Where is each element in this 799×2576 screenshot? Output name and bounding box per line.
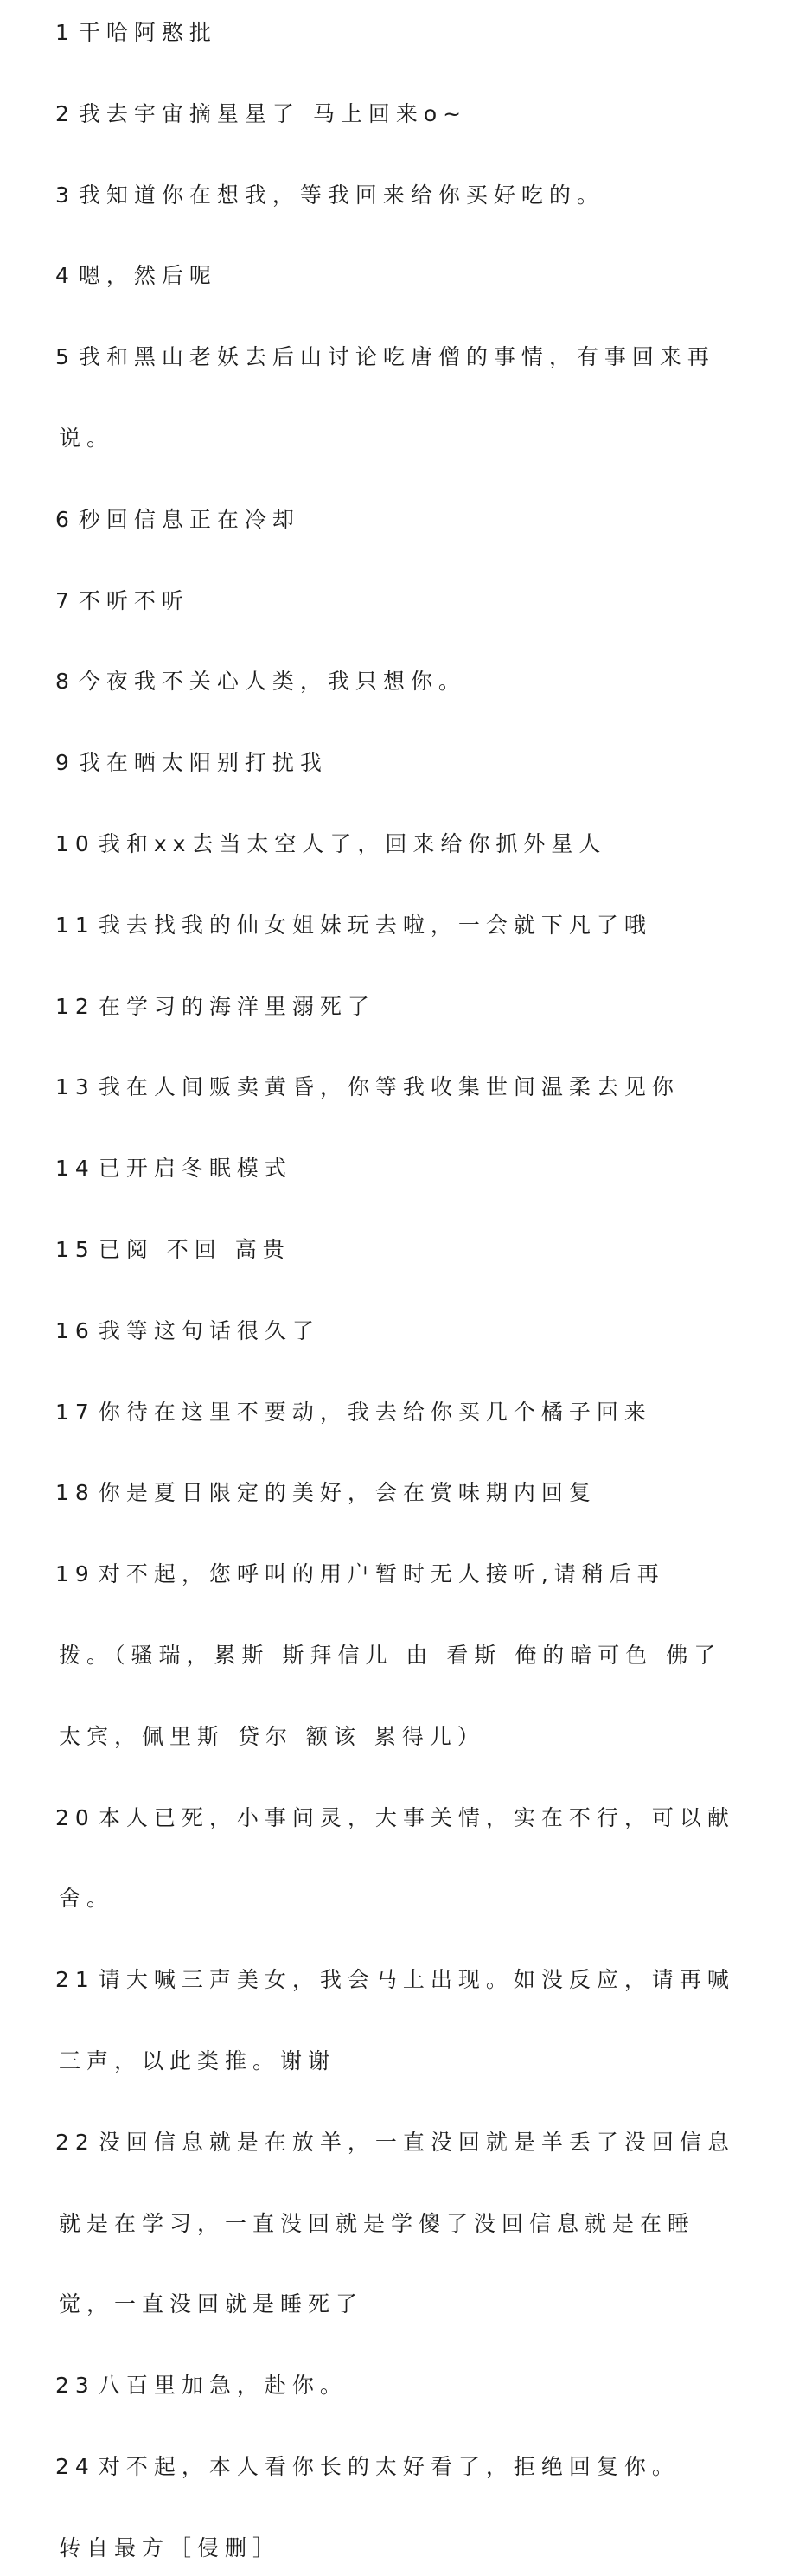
item-text: 嗯，然后呢	[79, 263, 217, 288]
item-text: 秒回信息正在冷却	[79, 507, 300, 532]
item-text: 就是在学习，一直没回就是学傻了没回信息就是在睡	[59, 2211, 695, 2236]
list-item: 19对不起，您呼叫的用户暂时无人接听,请稍后再	[55, 1557, 665, 1592]
list-item-continuation: 觉，一直没回就是睡死了	[55, 2287, 363, 2322]
item-number: 1	[55, 20, 75, 45]
item-text: 拨。（骚瑞，累斯 斯拜信儿 由 看斯 俺的暗可色 佛了	[59, 1643, 721, 1668]
item-number: 15	[55, 1237, 95, 1262]
item-text: 我去宇宙摘星星了 马上回来o~	[79, 101, 467, 126]
list-item: 10我和xx去当太空人了，回来给你抓外星人	[55, 827, 606, 862]
item-text: 三声，以此类推。谢谢	[59, 2048, 336, 2073]
item-text: 已开启冬眠模式	[99, 1156, 292, 1181]
item-number: 20	[55, 1805, 95, 1830]
list-item-continuation: 拨。（骚瑞，累斯 斯拜信儿 由 看斯 俺的暗可色 佛了	[55, 1638, 721, 1673]
list-item: 22没回信息就是在放羊，一直没回就是羊丢了没回信息	[55, 2125, 735, 2160]
list-item: 11我去找我的仙女姐妹玩去啦，一会就下凡了哦	[55, 908, 652, 943]
item-number: 2	[55, 101, 75, 126]
list-item: 1干哈阿憨批	[55, 16, 217, 50]
list-item-continuation: 说。	[55, 421, 114, 456]
item-text: 不听不听	[79, 588, 189, 613]
list-item: 13我在人间贩卖黄昏，你等我收集世间温柔去见你	[55, 1070, 680, 1105]
item-number: 14	[55, 1156, 95, 1181]
item-text: 对不起，您呼叫的用户暂时无人接听,请稍后再	[99, 1561, 665, 1586]
list-item-continuation: 三声，以此类推。谢谢	[55, 2044, 336, 2079]
list-item: 24对不起，本人看你长的太好看了，拒绝回复你。	[55, 2450, 680, 2484]
list-item: 15已阅 不回 高贵	[55, 1233, 291, 1267]
item-number: 6	[55, 507, 75, 532]
list-item-continuation: 就是在学习，一直没回就是学傻了没回信息就是在睡	[55, 2207, 695, 2241]
list-item-continuation: 太宾，佩里斯 贷尔 额该 累得儿）	[55, 1720, 485, 1754]
item-text: 已阅 不回 高贵	[99, 1237, 291, 1262]
list-item: 23八百里加急，赴你。	[55, 2368, 348, 2403]
item-text: 转自最方［侵删］	[59, 2535, 280, 2560]
list-item: 3我知道你在想我，等我回来给你买好吃的。	[55, 178, 604, 213]
item-text: 我去找我的仙女姐妹玩去啦，一会就下凡了哦	[99, 913, 652, 938]
item-number: 13	[55, 1074, 95, 1099]
item-text: 本人已死，小事问灵，大事关情，实在不行，可以献	[99, 1805, 735, 1830]
item-number: 7	[55, 588, 75, 613]
item-number: 3	[55, 183, 75, 208]
list-item: 7不听不听	[55, 584, 189, 618]
item-text: 干哈阿憨批	[79, 20, 217, 45]
item-text: 我知道你在想我，等我回来给你买好吃的。	[79, 183, 604, 208]
list-item: 17你待在这里不要动，我去给你买几个橘子回来	[55, 1395, 652, 1430]
list-item: 20本人已死，小事问灵，大事关情，实在不行，可以献	[55, 1801, 735, 1836]
item-number: 11	[55, 913, 95, 938]
item-text: 请大喊三声美女，我会马上出现。如没反应，请再喊	[99, 1967, 735, 1992]
list-item: 14已开启冬眠模式	[55, 1151, 292, 1186]
list-item-continuation: 舍。	[55, 1881, 114, 1916]
list-item: 5我和黑山老妖去后山讨论吃唐僧的事情，有事回来再	[55, 340, 715, 375]
item-number: 24	[55, 2454, 95, 2479]
item-text: 我在人间贩卖黄昏，你等我收集世间温柔去见你	[99, 1074, 680, 1099]
item-text: 八百里加急，赴你。	[99, 2373, 348, 2398]
item-text: 你是夏日限定的美好，会在赏味期内回复	[99, 1480, 597, 1505]
list-item: 16我等这句话很久了	[55, 1314, 320, 1349]
item-number: 8	[55, 669, 75, 694]
list-item: 12在学习的海洋里溺死了	[55, 990, 375, 1024]
list-item: 4嗯，然后呢	[55, 259, 217, 293]
item-number: 22	[55, 2130, 95, 2155]
item-text: 说。	[59, 426, 114, 451]
item-text: 太宾，佩里斯 贷尔 额该 累得儿）	[59, 1724, 485, 1749]
item-number: 17	[55, 1400, 95, 1425]
item-number: 16	[55, 1318, 95, 1343]
item-number: 18	[55, 1480, 95, 1505]
item-text: 没回信息就是在放羊，一直没回就是羊丢了没回信息	[99, 2130, 735, 2155]
list-item: 21请大喊三声美女，我会马上出现。如没反应，请再喊	[55, 1963, 735, 1997]
item-text: 舍。	[59, 1886, 114, 1911]
item-text: 我等这句话很久了	[99, 1318, 320, 1343]
list-item: 9我在晒太阳别打扰我	[55, 746, 328, 780]
item-number: 4	[55, 263, 75, 288]
item-text: 我在晒太阳别打扰我	[79, 750, 328, 775]
list-item: 2我去宇宙摘星星了 马上回来o~	[55, 97, 467, 131]
source-credit: 转自最方［侵删］	[55, 2531, 280, 2566]
item-text: 在学习的海洋里溺死了	[99, 994, 375, 1019]
item-text: 你待在这里不要动，我去给你买几个橘子回来	[99, 1400, 652, 1425]
item-text: 我和黑山老妖去后山讨论吃唐僧的事情，有事回来再	[79, 344, 715, 369]
list-item: 8今夜我不关心人类，我只想你。	[55, 664, 466, 699]
item-number: 5	[55, 344, 75, 369]
list-item: 18你是夏日限定的美好，会在赏味期内回复	[55, 1476, 597, 1510]
item-number: 21	[55, 1967, 95, 1992]
item-number: 23	[55, 2373, 95, 2398]
item-number: 19	[55, 1561, 95, 1586]
item-text: 觉，一直没回就是睡死了	[59, 2291, 363, 2316]
item-number: 10	[55, 831, 95, 856]
item-number: 9	[55, 750, 75, 775]
item-text: 今夜我不关心人类，我只想你。	[79, 669, 466, 694]
item-text: 对不起，本人看你长的太好看了，拒绝回复你。	[99, 2454, 680, 2479]
item-number: 12	[55, 994, 95, 1019]
item-text: 我和xx去当太空人了，回来给你抓外星人	[99, 831, 607, 856]
list-item: 6秒回信息正在冷却	[55, 503, 300, 537]
